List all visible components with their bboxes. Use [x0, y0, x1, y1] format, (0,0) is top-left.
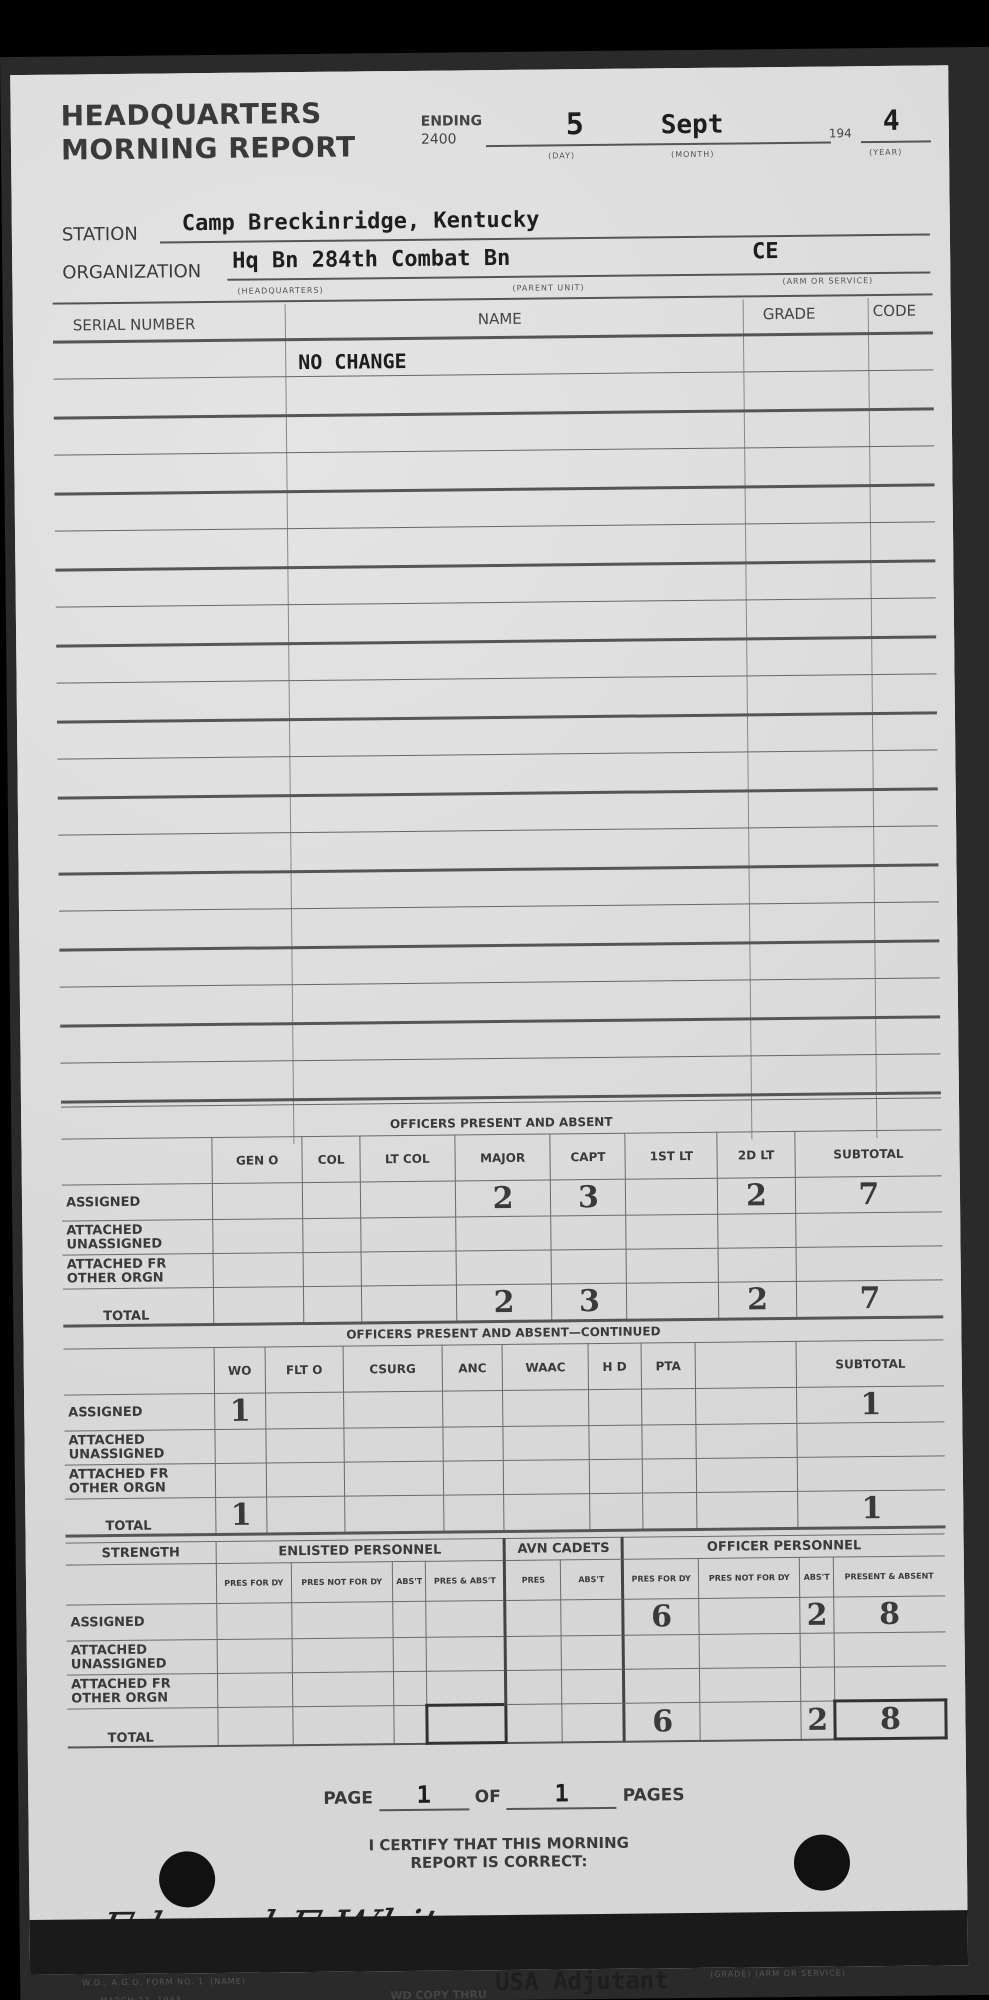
punch-hole-right: [794, 1834, 851, 1891]
organization-value: Hq Bn 284th Combat Bn: [232, 246, 510, 274]
morning-report-form: HEADQUARTERS MORNING REPORT ENDING 2400 …: [10, 65, 968, 1975]
entry-lines: [53, 331, 941, 1140]
month-value: Sept: [661, 110, 724, 141]
station-label: STATION: [62, 224, 138, 246]
table-row: TOTAL 1 1: [65, 1490, 945, 1536]
total-pages: 1: [554, 1779, 569, 1807]
officers-continued-table: WO FLT O CSURG ANC WAAC H D PTA SUBTOTAL…: [64, 1339, 946, 1537]
officers-table: GEN O COL LT COL MAJOR CAPT 1ST LT 2D LT…: [61, 1129, 943, 1327]
date-line: [486, 141, 831, 147]
form-title: HEADQUARTERS MORNING REPORT: [60, 96, 355, 167]
form-date: MARCH 22, 1943: [100, 1995, 181, 2000]
year-value: 4: [883, 104, 900, 137]
page-number: 1: [416, 1781, 431, 1809]
table-row: TOTAL 6 2 8: [67, 1700, 946, 1747]
certification-text: I CERTIFY THAT THIS MORNING REPORT IS CO…: [319, 1833, 679, 1873]
strength-table: STRENGTH ENLISTED PERSONNEL AVN CADETS O…: [66, 1533, 948, 1748]
station-value: Camp Breckinridge, Kentucky: [182, 208, 540, 237]
organization-label: ORGANIZATION: [62, 261, 201, 283]
arm-value: CE: [752, 239, 779, 264]
copy-note: WD COPY THRU: [390, 1988, 487, 2000]
ending-label: ENDING 2400: [421, 112, 483, 149]
form-number: W.D., A.G.O. FORM NO. 1: [82, 1977, 204, 1987]
day-value: 5: [566, 107, 584, 142]
table-row: TOTAL 2 3 27: [63, 1280, 943, 1326]
signer-title: USA Adjutant: [495, 1966, 669, 1996]
year-prefix: 194: [829, 126, 852, 140]
scan-frame: HEADQUARTERS MORNING REPORT ENDING 2400 …: [0, 47, 989, 2000]
punch-hole-left: [159, 1851, 216, 1908]
page-count: PAGE 1 OF 1 PAGES: [323, 1778, 685, 1812]
